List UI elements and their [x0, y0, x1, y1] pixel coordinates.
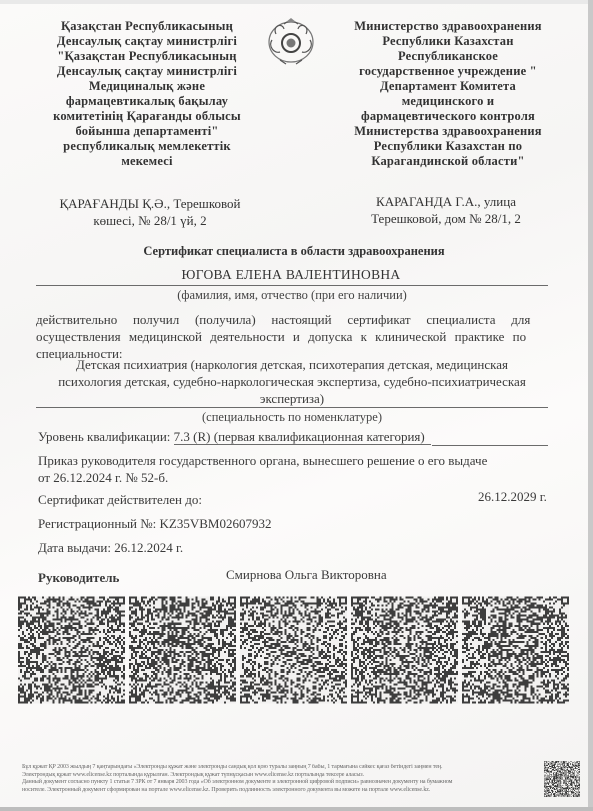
registration-number: Регистрационный №: KZ35VBM02607932: [38, 516, 271, 532]
specialty: Детская психиатрия (наркология детская, …: [36, 356, 548, 407]
director-label: Руководитель: [38, 570, 119, 586]
footer-line: Данный документ согласно пункту 1 статьи…: [22, 779, 522, 787]
director-name: Смирнова Ольга Викторовна: [226, 567, 387, 583]
kz-org-line: республикалық мемлекеттік: [22, 139, 272, 154]
kazakhstan-state-emblem-icon: [262, 16, 320, 68]
ru-address-line: Терешковой, дом № 28/1, 2: [336, 210, 556, 227]
specialty-line: Детская психиатрия (наркология детская, …: [36, 356, 548, 373]
ru-org-line: Республики Казахстан: [330, 34, 566, 49]
ru-org-line: Министерство здравоохранения: [330, 19, 566, 34]
specialty-underline: [36, 407, 548, 408]
qr-code-4: [351, 596, 458, 704]
order-info: Приказ руководителя государственного орг…: [38, 452, 487, 486]
kz-address: ҚАРАҒАНДЫ Қ.Ә., Терешковой көшесі, № 28/…: [30, 195, 270, 229]
ru-org-line: Департамент Комитета: [330, 79, 566, 94]
specialty-line: психология детская, судебно-наркологичес…: [36, 373, 548, 390]
kz-address-line: көшесі, № 28/1 үй, 2: [30, 212, 270, 229]
ru-address: КАРАГАНДА Г.А., улица Терешковой, дом № …: [336, 193, 556, 227]
signature-qr-codes: [18, 596, 570, 706]
qualification-value: 7.3 (R) (первая квалификационная категор…: [174, 429, 431, 445]
specialty-line: экспертиза): [36, 390, 548, 407]
certificate-title: Сертификат специалиста в области здравоо…: [0, 244, 588, 259]
statement-line: осуществления медицинской деятельности и…: [36, 328, 548, 345]
ru-org-line: Министерства здравоохранения: [330, 124, 566, 139]
ru-org-line: Карагандинской области": [330, 154, 566, 169]
footer-line: Электрондық құжат www.elicense.kz портал…: [22, 772, 522, 780]
kz-org-line: фармацевтикалық бақылау: [22, 94, 272, 109]
ru-org-line: Республики Казахстан по: [330, 139, 566, 154]
name-underline: [36, 285, 548, 286]
footer-line: Бұл құжат ҚР 2003 жылдың 7 қаңтарындағы …: [22, 764, 522, 772]
scanner-edge-bottom: [0, 807, 593, 811]
order-line: от 26.12.2024 г. № 52-б.: [38, 469, 487, 486]
qr-code-3: [240, 596, 347, 704]
kz-organization-header: Қазақстан Республикасының Денсаулық сақт…: [22, 19, 272, 169]
ru-org-line: Республиканское: [330, 49, 566, 64]
ru-organization-header: Министерство здравоохранения Республики …: [330, 19, 566, 169]
kz-org-line: Денсаулық сақтау министрлігі: [22, 34, 272, 49]
scanner-edge-right: [588, 0, 593, 811]
qr-code-2: [129, 596, 236, 704]
kz-org-line: бойынша департаменті": [22, 124, 272, 139]
issue-date: Дата выдачи: 26.12.2024 г.: [38, 540, 183, 556]
qr-code-5: [462, 596, 569, 704]
qualification-underline-ext: [432, 445, 548, 446]
ru-address-line: КАРАГАНДА Г.А., улица: [336, 193, 556, 210]
holder-name: ЮГОВА ЕЛЕНА ВАЛЕНТИНОВНА: [36, 267, 546, 283]
specialty-caption: (специальность по номенклатуре): [36, 410, 548, 425]
valid-until-label: Сертификат действителен до:: [38, 492, 202, 508]
kz-org-line: Медициналық және: [22, 79, 272, 94]
qr-code-1: [18, 596, 125, 704]
kz-org-line: Қазақстан Республикасының: [22, 19, 272, 34]
kz-address-line: ҚАРАҒАНДЫ Қ.Ә., Терешковой: [30, 195, 270, 212]
qualification-row: Уровень квалификации: 7.3 (R) (первая кв…: [38, 429, 431, 445]
holder-name-caption: (фамилия, имя, отчество (при его наличии…: [36, 288, 548, 303]
kz-org-line: мекемесі: [22, 154, 272, 169]
ru-org-line: государственное учреждение ": [330, 64, 566, 79]
statement-line: действительно получил (получила) настоящ…: [36, 311, 548, 328]
valid-until-value: 26.12.2029 г.: [478, 489, 547, 505]
certificate-page: Қазақстан Республикасының Денсаулық сақт…: [0, 4, 588, 807]
footer-line: носителе. Электронный документ сформиров…: [22, 787, 522, 795]
qualification-label: Уровень квалификации:: [38, 429, 170, 444]
certificate-statement: действительно получил (получила) настоящ…: [36, 311, 548, 362]
kz-org-line: комитетінің Қарағанды облысы: [22, 109, 272, 124]
order-line: Приказ руководителя государственного орг…: [38, 452, 487, 469]
kz-org-line: Денсаулық сақтау министрлігі: [22, 64, 272, 79]
ru-org-line: медицинского и: [330, 94, 566, 109]
footer-qr-code: [544, 761, 580, 797]
ru-org-line: фармацевтического контроля: [330, 109, 566, 124]
kz-org-line: "Қазақстан Республикасының: [22, 49, 272, 64]
legal-footer: Бұл құжат ҚР 2003 жылдың 7 қаңтарындағы …: [22, 764, 522, 794]
